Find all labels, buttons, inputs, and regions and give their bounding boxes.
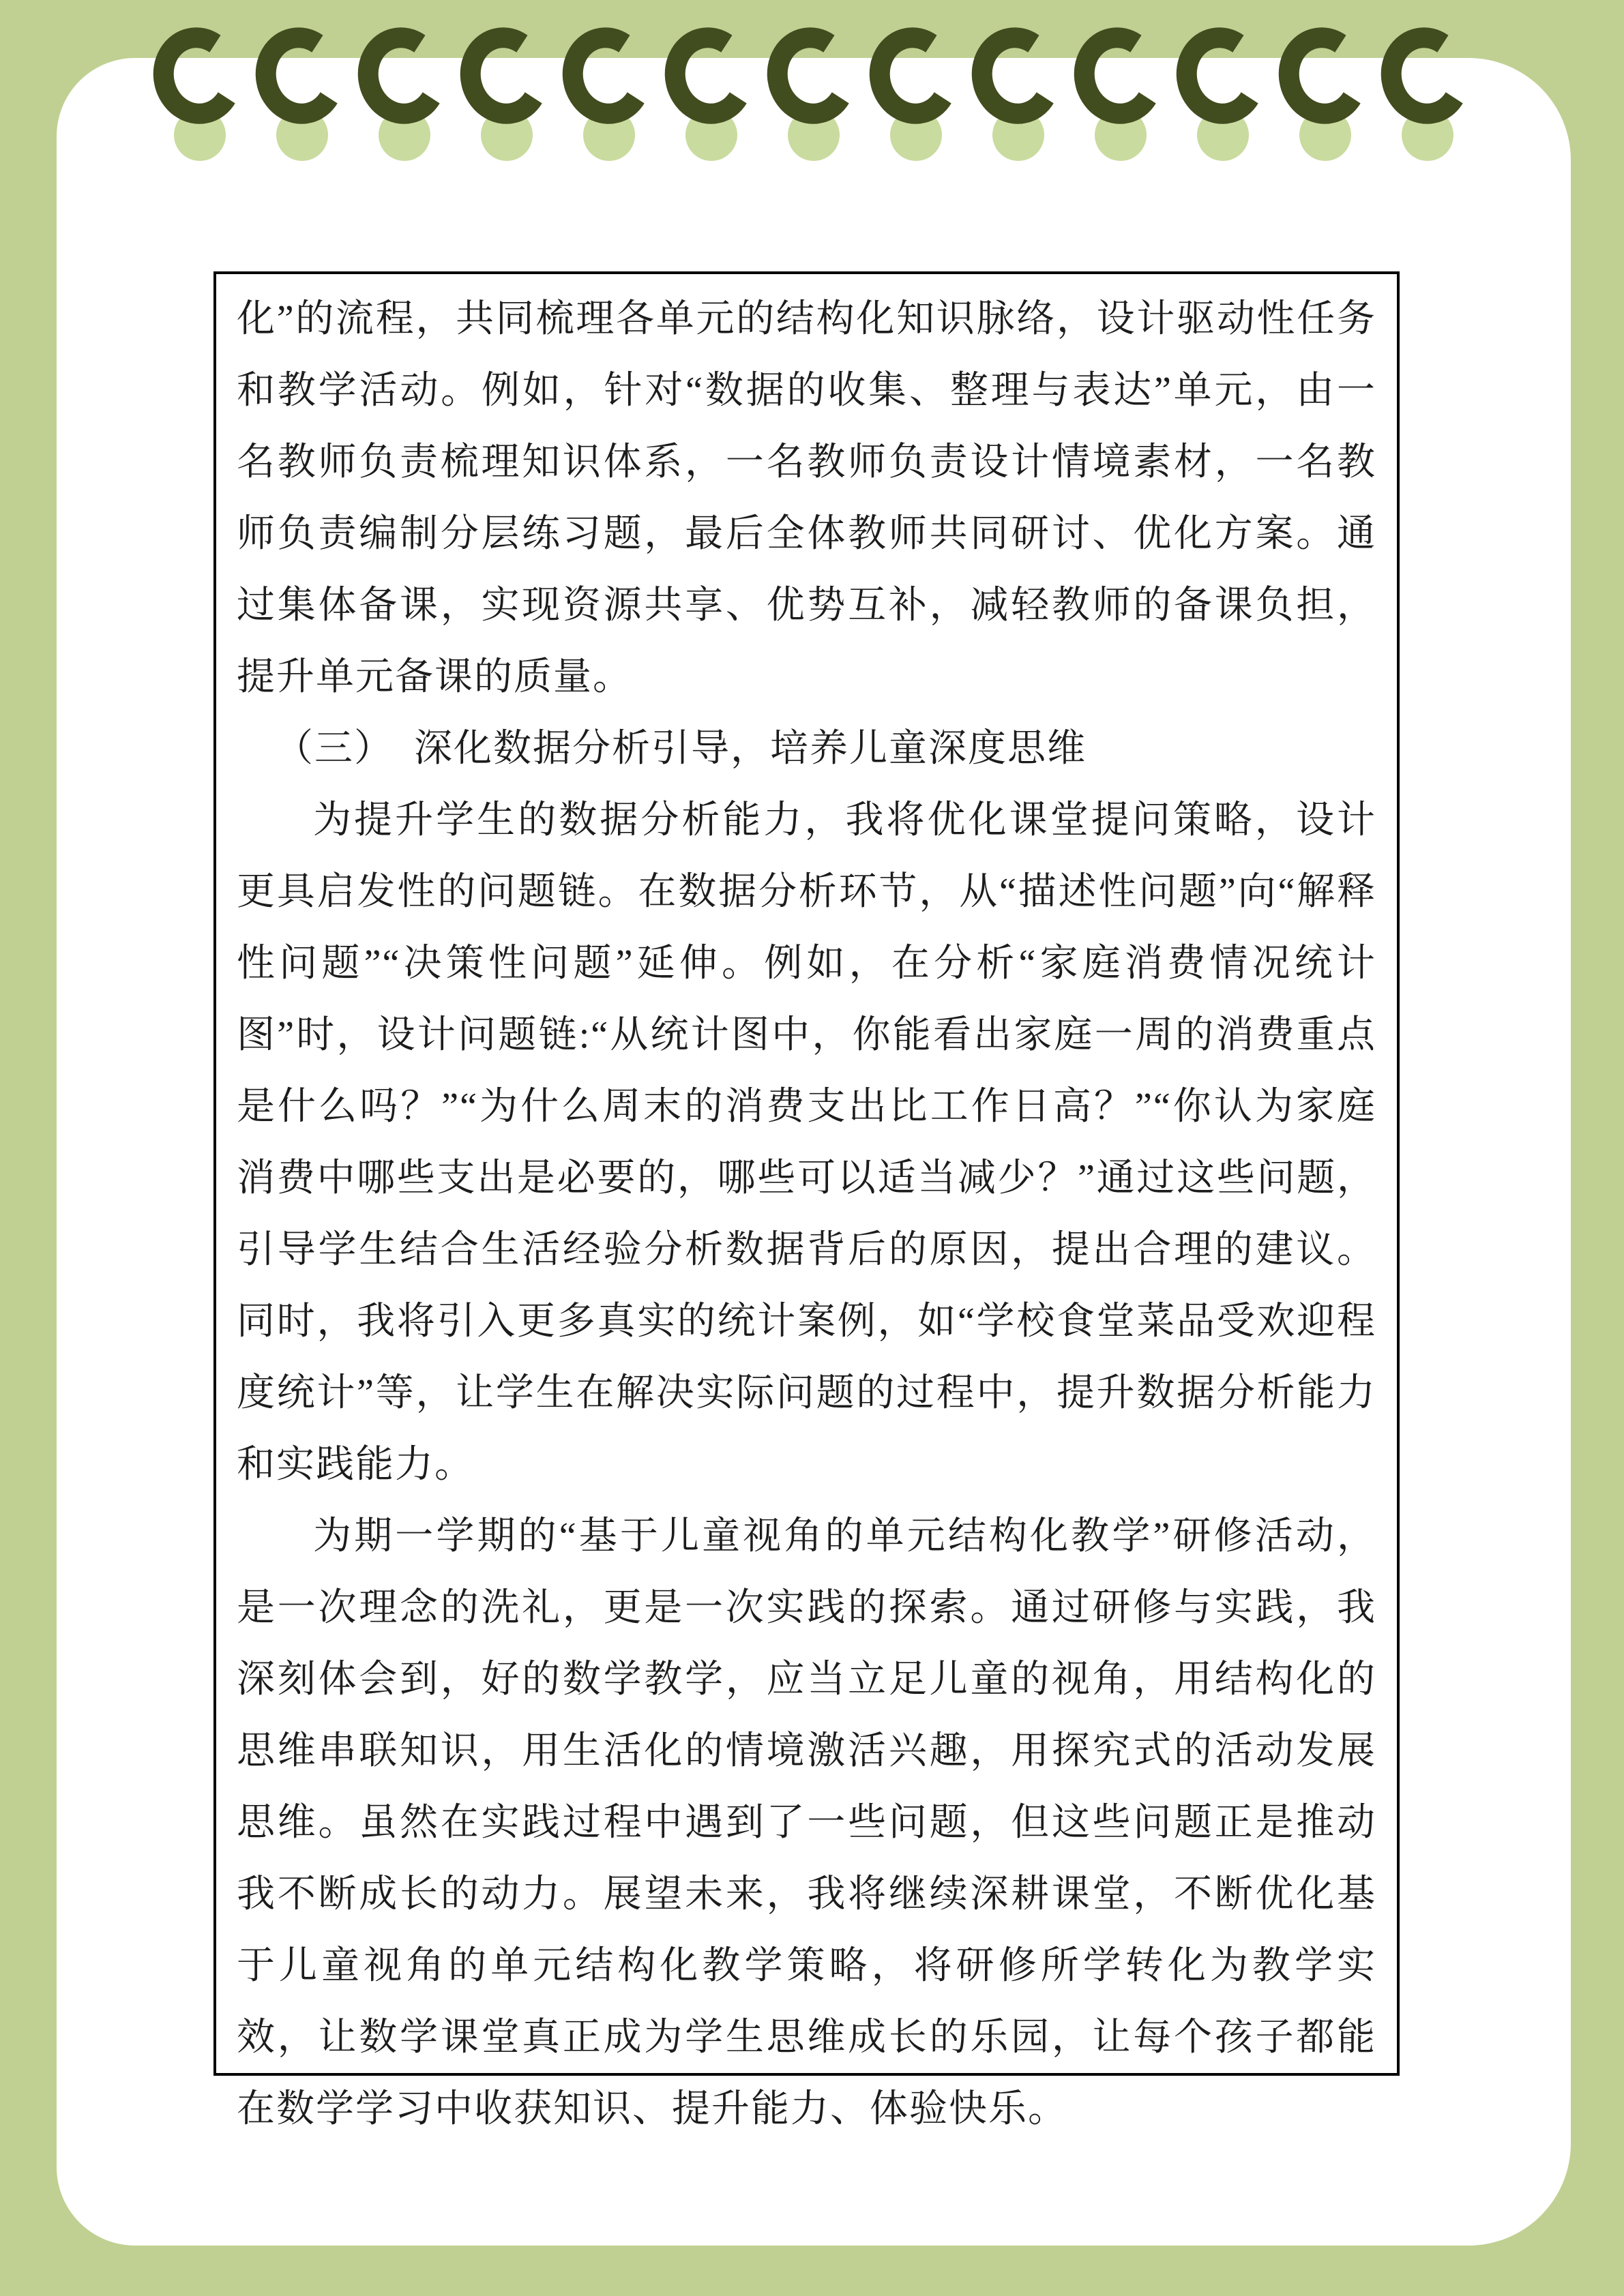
binder-ring-icon xyxy=(767,27,856,191)
binder-ring-icon xyxy=(1279,27,1368,191)
binder-ring-icon xyxy=(1177,27,1265,191)
binder-ring-icon xyxy=(358,27,447,191)
ring-wire-icon xyxy=(1065,19,1172,132)
ring-wire-icon xyxy=(758,19,866,132)
section-heading-three: （三） 深化数据分析引导，培养儿童深度思维 xyxy=(237,713,1376,785)
ring-wire-icon xyxy=(554,19,661,132)
ring-wire-icon xyxy=(1270,19,1377,132)
binder-ring-icon xyxy=(256,27,344,191)
binder-ring-icon xyxy=(1381,27,1470,191)
ring-wire-icon xyxy=(656,19,763,132)
ring-wire-icon xyxy=(1168,19,1275,132)
notebook-page: 化”的流程，共同梳理各单元的结构化知识脉络，设计驱动性任务和教学活动。例如，针对… xyxy=(0,0,1624,2296)
paragraph-data-analysis: 为提升学生的数据分析能力，我将优化课堂提问策略，设计更具启发性的问题链。在数据分… xyxy=(237,785,1376,1501)
binder-ring-icon xyxy=(870,27,958,191)
paragraph-collective-prep-continuation: 化”的流程，共同梳理各单元的结构化知识脉络，设计驱动性任务和教学活动。例如，针对… xyxy=(237,284,1376,713)
content-border-box: 化”的流程，共同梳理各单元的结构化知识脉络，设计驱动性任务和教学活动。例如，针对… xyxy=(213,271,1400,2076)
ring-wire-icon xyxy=(145,19,252,132)
ring-wire-icon xyxy=(861,19,968,132)
binder-ring-icon xyxy=(460,27,549,191)
ring-wire-icon xyxy=(247,19,354,132)
ring-wire-icon xyxy=(963,19,1070,132)
binder-ring-icon xyxy=(153,27,242,191)
binder-ring-icon xyxy=(1074,27,1163,191)
binder-rings xyxy=(153,27,1470,191)
ring-wire-icon xyxy=(1372,19,1479,132)
binder-ring-icon xyxy=(972,27,1061,191)
binder-ring-icon xyxy=(665,27,754,191)
paragraph-conclusion: 为期一学期的“基于儿童视角的单元结构化教学”研修活动，是一次理念的洗礼，更是一次… xyxy=(237,1501,1376,2145)
ring-wire-icon xyxy=(452,19,559,132)
ring-wire-icon xyxy=(349,19,456,132)
binder-ring-icon xyxy=(563,27,651,191)
